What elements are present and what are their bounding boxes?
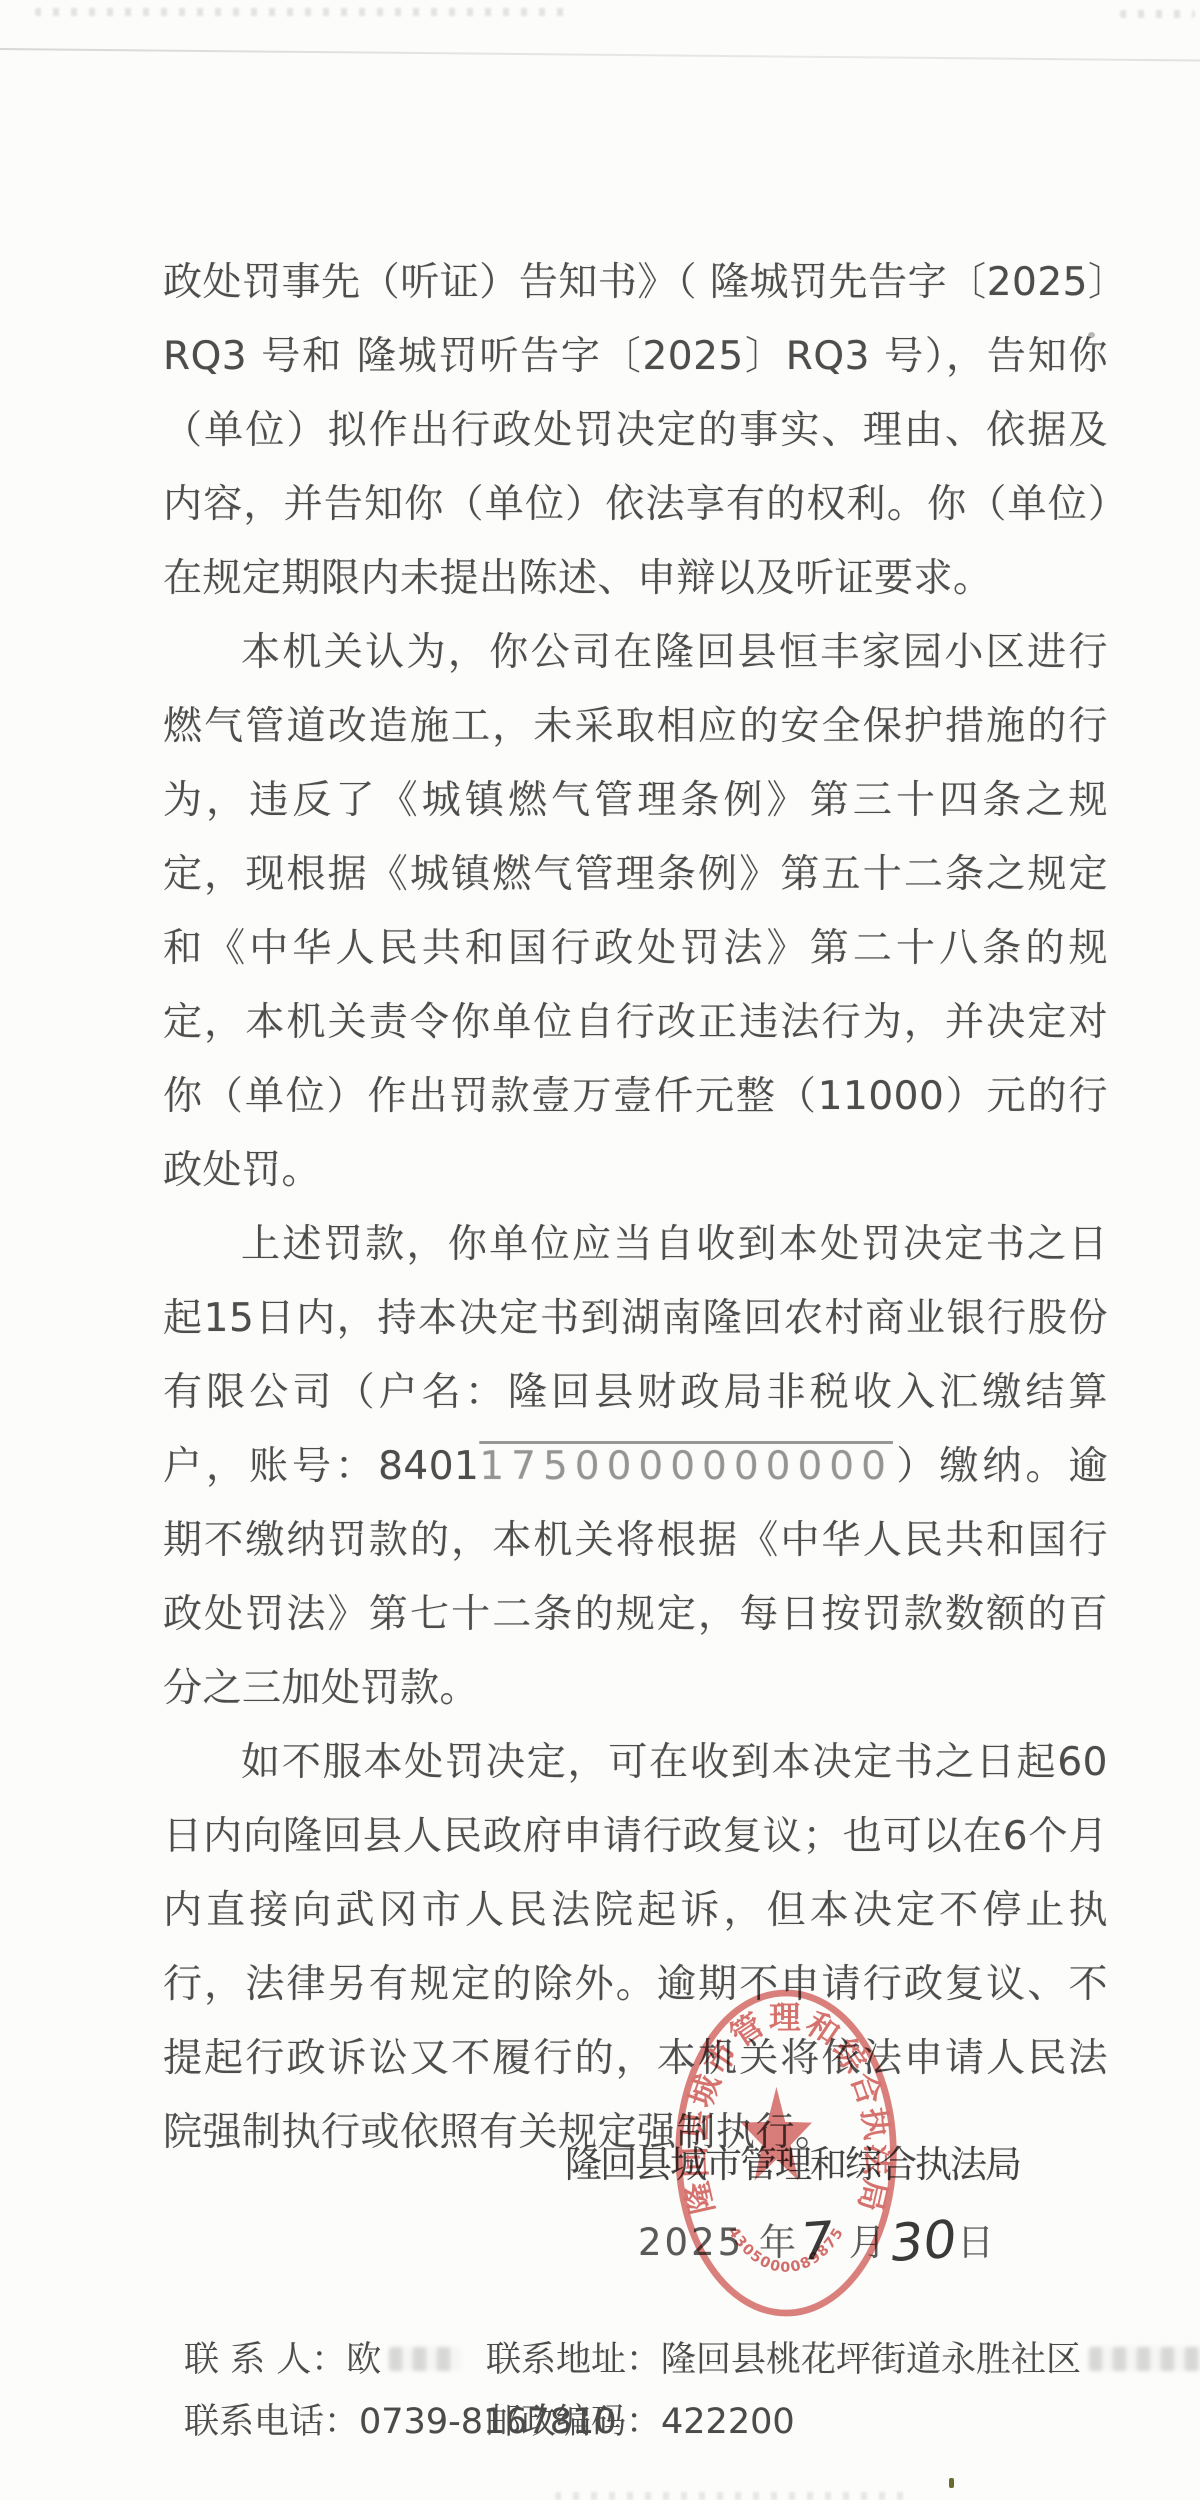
scan-noise-bottom [555,2492,915,2500]
date-day-unit: 日 [957,2221,997,2264]
contact-postcode-label: 邮政编码： [486,2402,661,2442]
contact-phone-label: 联系电话： [184,2402,359,2442]
svg-text:隆回县城市管理和综合执法局: 隆回县城市管理和综合执法局 [677,2000,895,2217]
contact-address-value: 隆回县桃花坪街道永胜社区 [661,2340,1081,2380]
contact-address-label: 联系地址： [486,2340,661,2380]
seal-code-number: 4305000089875 [725,2225,848,2276]
scan-noise-top-left [35,8,575,16]
paragraph-2: 本机关认为，你公司在隆回县恒丰家园小区进行燃气管道改造施工，未采取相应的安全保护… [163,616,1108,1208]
contact-person-label: 联 系 人： [184,2340,346,2380]
contact-address-row: 联系地址：隆回县桃花坪街道永胜社区 [486,2332,1200,2382]
contact-postcode-value: 422200 [661,2402,795,2442]
contact-person-value: 欧 [346,2340,381,2380]
svg-text:4305000089875: 4305000089875 [725,2225,848,2276]
document-body: 政处罚事先（听证）告知书》（ 隆城罚先告字〔2025〕RQ3 号和 隆城罚听告字… [163,246,1108,2170]
contact-person-row: 联 系 人：欧 [184,2332,461,2382]
contact-person-faded-text [389,2347,461,2371]
contact-address-faded-text [1089,2347,1200,2371]
seal-ring-text: 隆回县城市管理和综合执法局 [677,2000,895,2217]
scan-artifact-line [0,48,1200,62]
scanned-penalty-decision-page: 政处罚事先（听证）告知书》（ 隆城罚先告字〔2025〕RQ3 号和 隆城罚听告字… [0,0,1200,2500]
scan-speck-2 [949,2478,954,2488]
faded-account-digits: 1750000000000 [479,1444,893,1489]
paragraph-1: 政处罚事先（听证）告知书》（ 隆城罚先告字〔2025〕RQ3 号和 隆城罚听告字… [163,246,1108,616]
paragraph-4: 如不服本处罚决定，可在收到本决定书之日起60日内向隆回县人民政府申请行政复议；也… [163,1726,1108,2170]
scan-noise-top-right [1120,10,1195,18]
seal-star-icon [741,2087,812,2181]
official-seal: 隆回县城市管理和综合执法局 4305000089875 [671,1984,901,2322]
paragraph-3: 上述罚款，你单位应当自收到本处罚决定书之日起15日内，持本决定书到湖南隆回农村商… [163,1208,1108,1726]
contact-postcode-row: 邮政编码：422200 [486,2394,795,2444]
